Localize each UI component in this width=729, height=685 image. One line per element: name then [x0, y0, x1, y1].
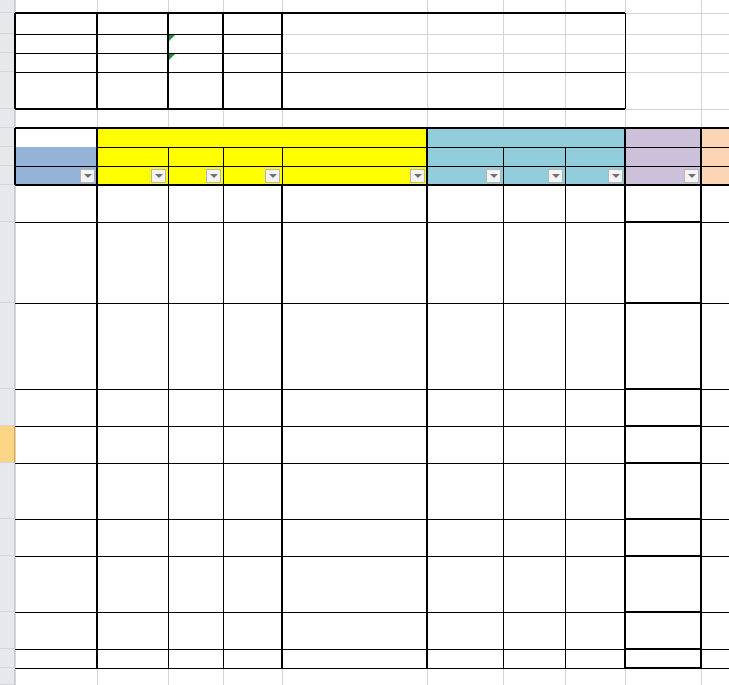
border-line [625, 667, 701, 669]
trade-ticker[interactable] [15, 303, 97, 389]
trade-entry[interactable] [223, 519, 282, 556]
row-header-30[interactable] [0, 303, 15, 389]
border-line [281, 185, 283, 668]
column-header-8[interactable] [625, 147, 701, 166]
trade-target[interactable] [503, 556, 565, 612]
row-header-9[interactable] [0, 166, 15, 185]
trade-exit-date[interactable] [701, 649, 729, 668]
trade-exit-date[interactable] [701, 556, 729, 612]
trade-pct[interactable] [565, 612, 625, 649]
trade-date[interactable] [97, 649, 168, 668]
border-line [167, 13, 169, 109]
border-line [15, 72, 282, 73]
row-header-39[interactable] [0, 389, 15, 426]
trade-entry[interactable] [223, 556, 282, 612]
column-header-1[interactable] [97, 147, 168, 166]
trade-target[interactable] [503, 185, 565, 222]
filter-dropdown-icon[interactable] [206, 169, 221, 183]
row-header-7[interactable] [0, 128, 15, 147]
trade-entry[interactable] [223, 426, 282, 463]
summary-header-count[interactable] [97, 13, 168, 34]
border-line [625, 555, 701, 557]
column-header-4[interactable] [282, 147, 427, 166]
row-header-2[interactable] [0, 13, 15, 34]
summary-avg-pct[interactable] [168, 34, 223, 53]
border-line [14, 13, 16, 109]
trade-reason[interactable] [282, 185, 427, 222]
border-line [625, 425, 701, 427]
border-line [96, 128, 98, 185]
trade-div[interactable] [625, 303, 701, 389]
border-line [426, 128, 428, 185]
border-line [96, 185, 98, 668]
trade-pct[interactable] [565, 519, 625, 556]
border-line [625, 302, 701, 304]
column-header-9[interactable] [701, 147, 729, 166]
row-header-46[interactable] [0, 612, 15, 649]
border-line [15, 127, 729, 129]
trade-entry[interactable] [223, 649, 282, 668]
trade-target[interactable] [503, 426, 565, 463]
trade-time[interactable] [168, 463, 223, 519]
summary-avg-pct[interactable] [168, 53, 223, 72]
row-header-4[interactable] [0, 53, 15, 72]
trade-time[interactable] [168, 519, 223, 556]
border-line [14, 128, 16, 185]
note-gtc-stop[interactable] [282, 72, 625, 109]
trade-div[interactable] [625, 426, 701, 463]
border-line [625, 611, 701, 613]
row-header-5[interactable] [0, 72, 15, 109]
trade-time[interactable] [168, 222, 223, 303]
trade-reason[interactable] [282, 519, 427, 556]
trade-coef[interactable] [427, 519, 503, 556]
section-title[interactable] [15, 109, 282, 128]
trade-reason[interactable] [282, 556, 427, 612]
border-line [625, 648, 701, 650]
trade-ticker[interactable] [15, 185, 97, 222]
error-indicator-icon [169, 54, 175, 60]
trade-target[interactable] [503, 463, 565, 519]
trade-ticker[interactable] [15, 389, 97, 426]
trade-coef[interactable] [427, 463, 503, 519]
border-line [168, 147, 169, 185]
filter-dropdown-icon[interactable] [486, 169, 501, 183]
note-intraday-stop[interactable] [282, 13, 625, 72]
row-header-42[interactable] [0, 426, 15, 463]
trade-date[interactable] [97, 519, 168, 556]
trade-time[interactable] [168, 303, 223, 389]
summary-count[interactable] [97, 34, 168, 53]
trade-exit-date[interactable] [701, 185, 729, 222]
row-header-11[interactable] [0, 185, 15, 222]
border-line [625, 462, 701, 464]
border-line [15, 668, 729, 669]
trade-div[interactable] [625, 463, 701, 519]
trade-exit-date[interactable] [701, 426, 729, 463]
trade-entry[interactable] [223, 389, 282, 426]
summary-label[interactable] [15, 72, 97, 109]
trade-target[interactable] [503, 303, 565, 389]
trade-ticker[interactable] [15, 426, 97, 463]
summary-avg-pct[interactable] [168, 72, 223, 109]
border-line [700, 128, 702, 185]
trade-coef[interactable] [427, 556, 503, 612]
filter-dropdown-icon[interactable] [151, 169, 166, 183]
border-line [565, 185, 566, 668]
border-line [223, 147, 224, 185]
trade-entry[interactable] [223, 303, 282, 389]
trade-pct[interactable] [565, 303, 625, 389]
border-line [503, 147, 504, 185]
trade-ticker[interactable] [15, 519, 97, 556]
border-line [282, 147, 283, 185]
filter-dropdown-icon[interactable] [684, 169, 699, 183]
filter-dropdown-icon[interactable] [80, 169, 95, 183]
filter-dropdown-icon[interactable] [608, 169, 623, 183]
border-line [15, 53, 282, 54]
border-line [96, 13, 98, 109]
border-line [15, 166, 729, 167]
trade-ticker[interactable] [15, 222, 97, 303]
border-line [625, 518, 701, 520]
trade-target[interactable] [503, 649, 565, 668]
trade-coef[interactable] [427, 389, 503, 426]
trade-date[interactable] [97, 389, 168, 426]
filter-dropdown-icon[interactable] [548, 169, 563, 183]
trade-reason[interactable] [282, 303, 427, 389]
summary-header-avg-days[interactable] [223, 13, 282, 34]
trade-time[interactable] [168, 185, 223, 222]
row-header-8[interactable] [0, 147, 15, 166]
filter-dropdown-icon[interactable] [265, 169, 280, 183]
trade-pct[interactable] [565, 426, 625, 463]
border-line [625, 388, 701, 390]
trade-coef[interactable] [427, 222, 503, 303]
trade-coef[interactable] [427, 649, 503, 668]
row-header-43[interactable] [0, 463, 15, 519]
trade-target[interactable] [503, 612, 565, 649]
trade-entry[interactable] [223, 463, 282, 519]
entry-group-header[interactable] [97, 128, 427, 147]
summary-count[interactable] [97, 53, 168, 72]
trade-date[interactable] [97, 303, 168, 389]
summary-label[interactable] [15, 34, 97, 53]
border-line [625, 13, 626, 109]
trade-date[interactable] [97, 185, 168, 222]
trade-coef[interactable] [427, 185, 503, 222]
border-line [624, 128, 626, 185]
trade-entry[interactable] [223, 612, 282, 649]
row-header-44[interactable] [0, 519, 15, 556]
trade-date[interactable] [97, 463, 168, 519]
border-line [503, 185, 504, 668]
trade-exit-date[interactable] [701, 463, 729, 519]
trade-exit-date[interactable] [701, 519, 729, 556]
border-line [15, 12, 625, 14]
trade-coef[interactable] [427, 426, 503, 463]
trade-time[interactable] [168, 612, 223, 649]
trade-pct[interactable] [565, 185, 625, 222]
trade-exit-date[interactable] [701, 389, 729, 426]
trade-pct[interactable] [565, 556, 625, 612]
border-line [168, 185, 169, 668]
trade-exit-date[interactable] [701, 303, 729, 389]
trade-reason[interactable] [282, 389, 427, 426]
trade-ticker[interactable] [15, 556, 97, 612]
trade-time[interactable] [168, 649, 223, 668]
trade-ticker[interactable] [15, 649, 97, 668]
border-line [282, 72, 625, 73]
trade-time[interactable] [168, 556, 223, 612]
trade-div[interactable] [625, 185, 701, 222]
trade-div[interactable] [625, 612, 701, 649]
trade-reason[interactable] [282, 426, 427, 463]
trade-pct[interactable] [565, 463, 625, 519]
trade-reason[interactable] [282, 649, 427, 668]
border-line [222, 13, 224, 109]
border-line [97, 147, 729, 148]
trade-div[interactable] [625, 556, 701, 612]
summary-avg-days[interactable] [223, 34, 282, 53]
row-header-1[interactable] [0, 0, 15, 13]
trade-pct[interactable] [565, 389, 625, 426]
column-header-5[interactable] [427, 147, 503, 166]
trade-ticker[interactable] [15, 612, 97, 649]
summary-avg-days[interactable] [223, 53, 282, 72]
trade-reason[interactable] [282, 612, 427, 649]
trade-target[interactable] [503, 519, 565, 556]
column-header-3[interactable] [223, 147, 282, 166]
trade-exit-date[interactable] [701, 612, 729, 649]
row-header-47[interactable] [0, 649, 15, 668]
border-line [223, 185, 224, 668]
column-header-7[interactable] [565, 147, 625, 166]
summary-header-label[interactable] [15, 13, 97, 34]
summary-label[interactable] [15, 53, 97, 72]
spreadsheet-grid[interactable] [0, 0, 729, 685]
trade-time[interactable] [168, 426, 223, 463]
row-header-48[interactable] [0, 668, 15, 685]
trade-target[interactable] [503, 222, 565, 303]
trade-pct[interactable] [565, 649, 625, 668]
trade-div[interactable] [625, 222, 701, 303]
trade-ticker[interactable] [15, 463, 97, 519]
border-line [15, 34, 282, 35]
filter-dropdown-icon[interactable] [410, 169, 425, 183]
column-header-0[interactable] [15, 147, 97, 166]
column-header-2[interactable] [168, 147, 223, 166]
trade-div[interactable] [625, 519, 701, 556]
trade-date[interactable] [97, 612, 168, 649]
summary-header-avg-pct[interactable] [168, 13, 223, 34]
trade-date[interactable] [97, 222, 168, 303]
row-header-29[interactable] [0, 222, 15, 303]
trade-exit-date[interactable] [701, 222, 729, 303]
row-header-45[interactable] [0, 556, 15, 612]
column-header-6[interactable] [503, 147, 565, 166]
trade-coef[interactable] [427, 303, 503, 389]
trade-date[interactable] [97, 426, 168, 463]
border-line [625, 221, 701, 223]
trade-date[interactable] [97, 556, 168, 612]
trade-entry[interactable] [223, 185, 282, 222]
row-header-6[interactable] [0, 109, 15, 128]
trade-time[interactable] [168, 389, 223, 426]
summary-count[interactable] [97, 72, 168, 109]
border-line [426, 185, 428, 668]
trade-entry[interactable] [223, 222, 282, 303]
error-indicator-icon [169, 35, 175, 41]
trade-coef[interactable] [427, 612, 503, 649]
border-line [565, 147, 566, 185]
row-header-3[interactable] [0, 34, 15, 53]
trade-reason[interactable] [282, 463, 427, 519]
border-line [281, 13, 283, 109]
trade-pct[interactable] [565, 222, 625, 303]
trade-target[interactable] [503, 389, 565, 426]
trade-reason[interactable] [282, 222, 427, 303]
trade-div[interactable] [625, 389, 701, 426]
trade-div[interactable] [625, 649, 701, 668]
summary-avg-days[interactable] [223, 72, 282, 109]
